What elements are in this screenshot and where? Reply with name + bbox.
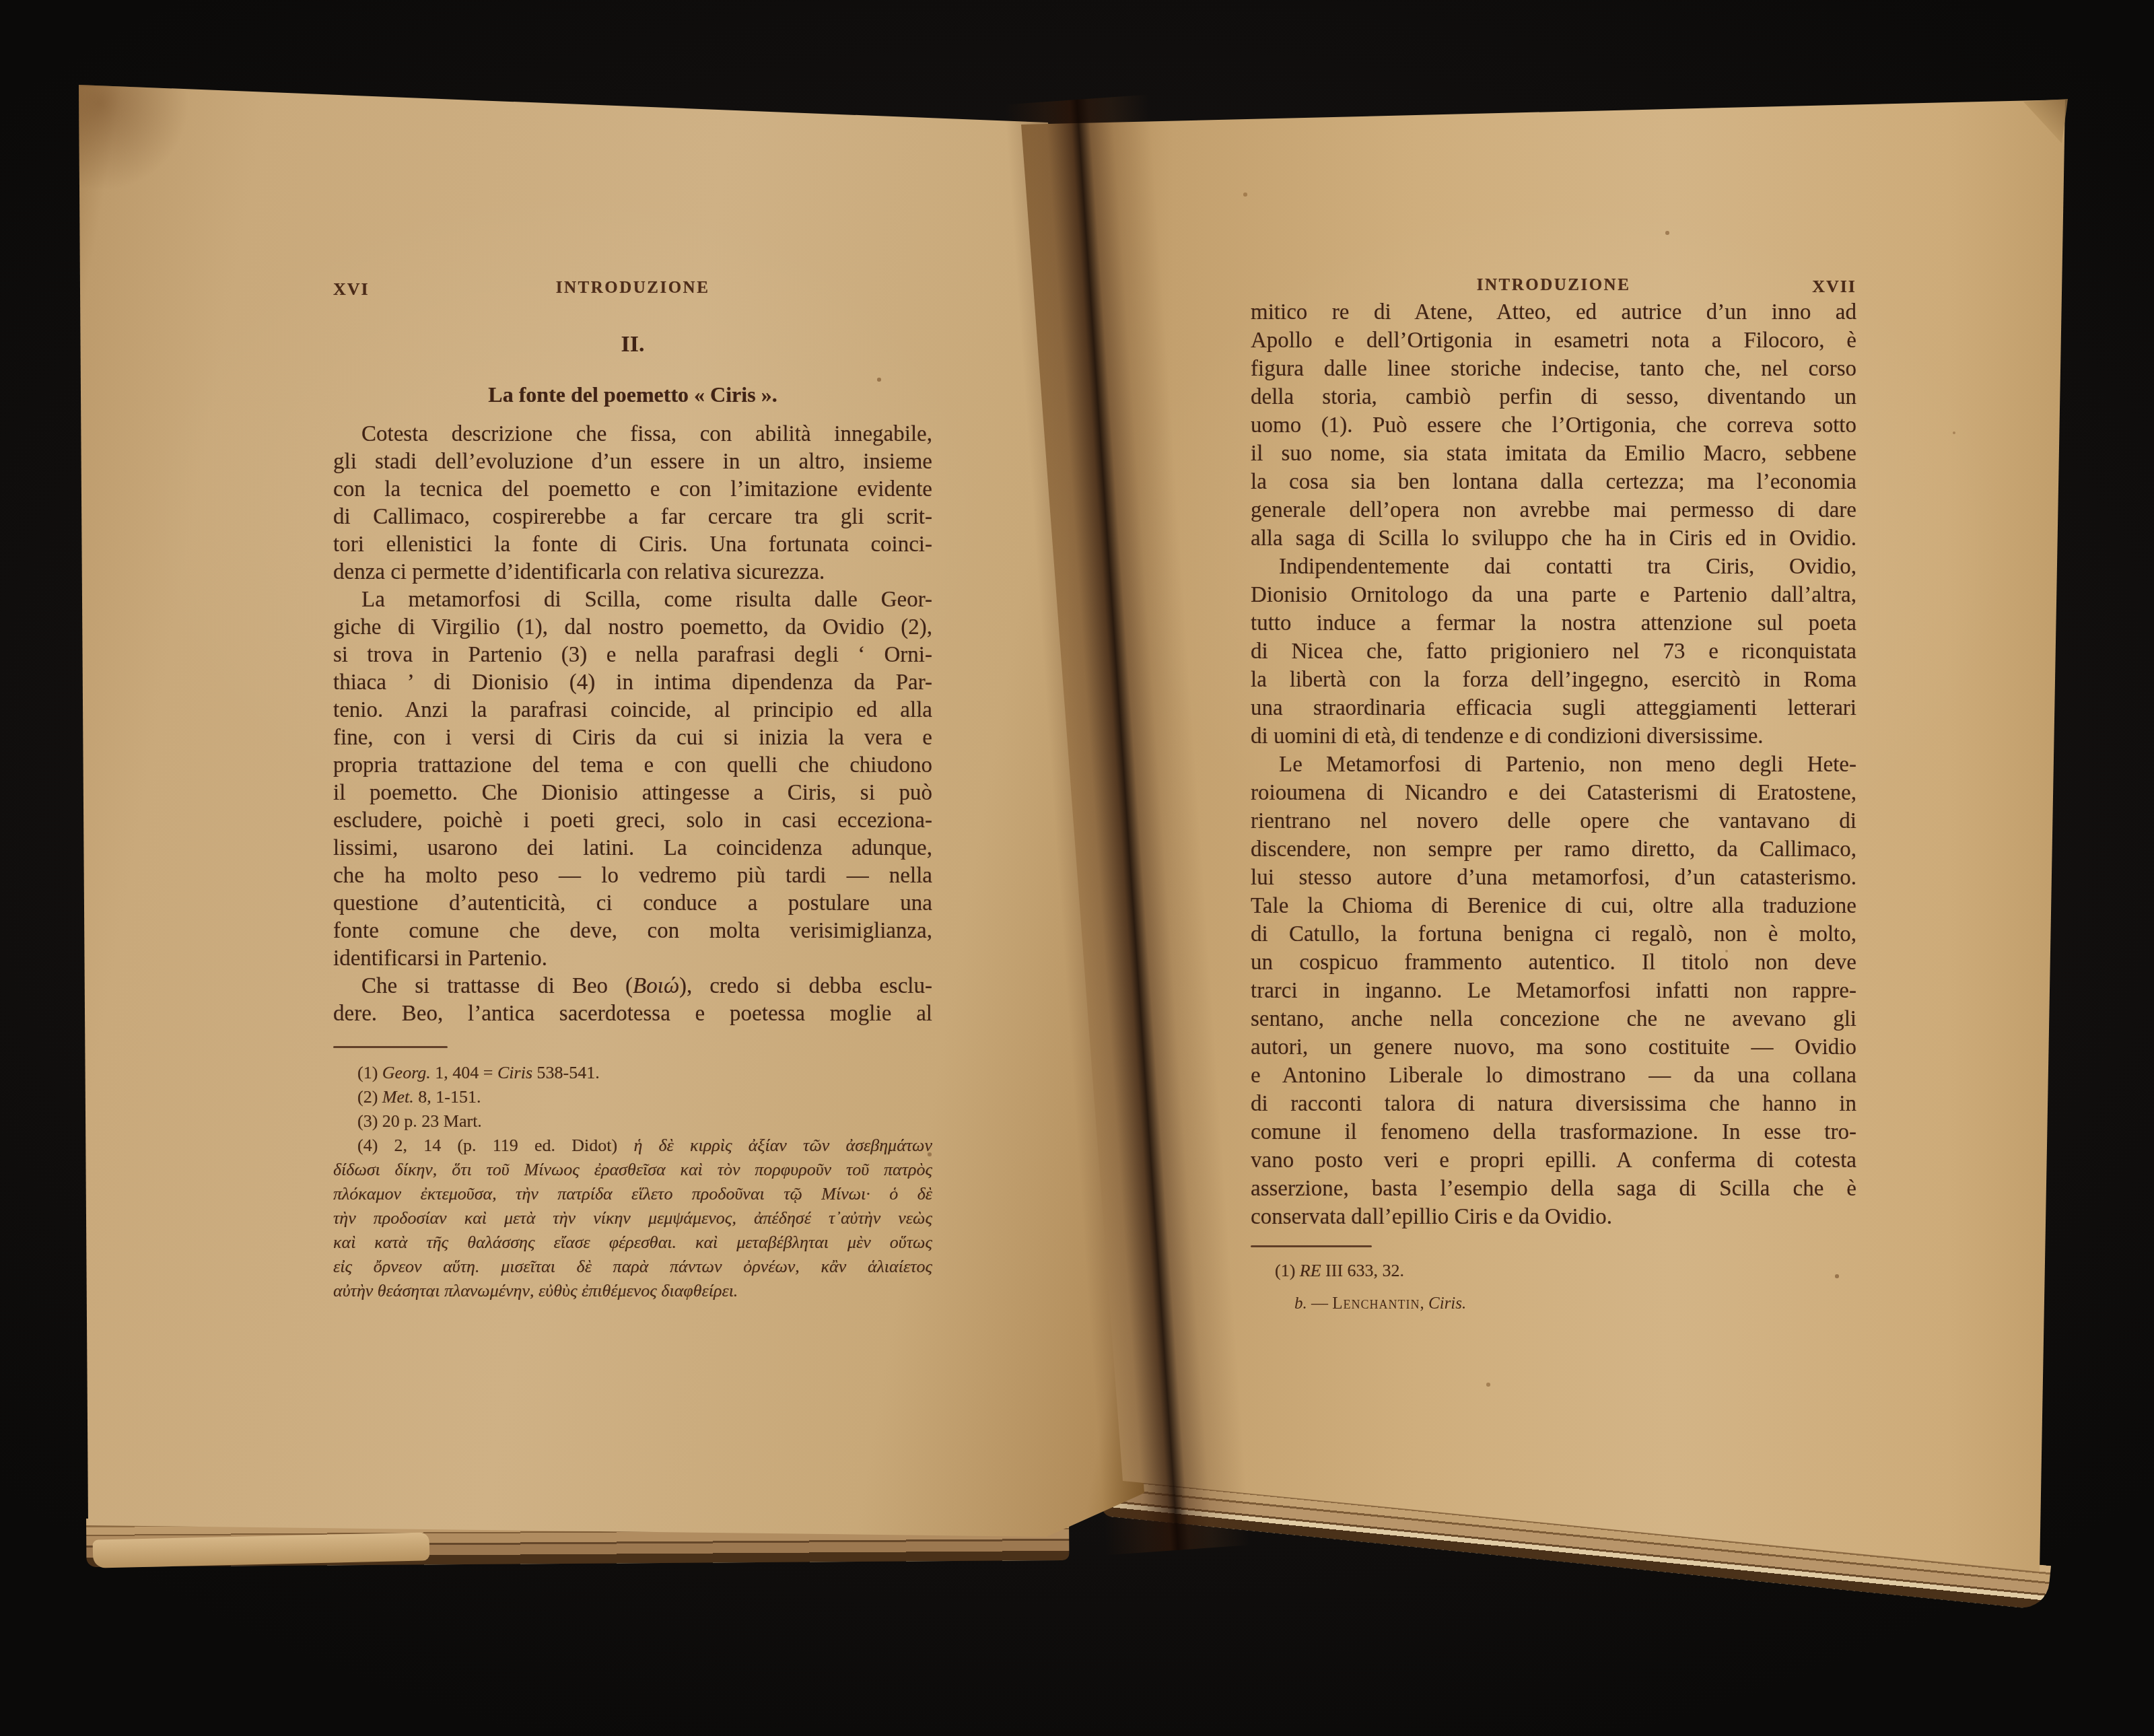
text-line: b. — Lenchantin, Ciris. (1294, 1292, 1833, 1315)
text-line: si trova in Partenio (3) e nella parafra… (333, 641, 932, 669)
text-line: tutto induce a fermar la nostra attenzio… (1251, 609, 1856, 637)
text-line: autori, un genere nuovo, ma sono costitu… (1251, 1033, 1856, 1062)
text-line: alla saga di Scilla lo sviluppo che ha i… (1251, 524, 1856, 553)
footnote-rule-right (1251, 1245, 1372, 1247)
text-line: Dionisio Ornitologo da una parte e Parte… (1251, 581, 1856, 609)
text-line: La metamorfosi di Scilla, come risulta d… (333, 586, 932, 614)
text-line: questione d’autenticità, ci conduce a po… (333, 890, 932, 917)
text-line: conservata dall’epillio Ciris e da Ovidi… (1251, 1203, 1856, 1231)
text-line: identificarsi in Partenio. (333, 945, 932, 973)
text-line: comune il fenomeno della trasformazione.… (1251, 1118, 1856, 1146)
text-line: (4) 2, 14 (p. 119 ed. Didot) ἡ δὲ κιρρὶς… (333, 1134, 932, 1158)
styled-text-segment: αὐτὴν θεάσηται πλανωμένην, εὐθὺς ἐπιθέμε… (333, 1281, 738, 1300)
styled-text-segment: δίδωσι δίκην, ὅτι τοῦ Μίνωος ἐρασθεῖσα κ… (333, 1160, 932, 1179)
text-line: di Callimaco, cospirerebbe a far cercare… (333, 504, 932, 531)
body-text-left: Cotesta descrizione che fissa, con abili… (333, 421, 932, 1028)
text-line: lissimi, usarono dei latini. La coincide… (333, 835, 932, 862)
page-number-right: XVII (1812, 277, 1856, 297)
text-line: fonte comune che deve, con molta verisim… (333, 917, 932, 945)
styled-text-segment: καὶ κατὰ τῆς θαλάσσης εἴασε φέρεσθαι. κα… (333, 1232, 932, 1252)
footnote-rule-left (333, 1046, 448, 1048)
text-line: il suo nome, sia stata imitata da Emilio… (1251, 440, 1856, 468)
text-line: τὴν προδοσίαν καὶ μετὰ τὴν νίκην μεμψάμε… (333, 1206, 932, 1230)
text-line: αὐτὴν θεάσηται πλανωμένην, εὐθὺς ἐπιθέμε… (333, 1279, 932, 1303)
text-line: uomo (1). Può essere che l’Ortigonia, ch… (1251, 411, 1856, 440)
text-line: εἰς ὄρνεον αὕτη. μισεῖται δὲ παρὰ πάντων… (333, 1255, 932, 1279)
text-line: e Antonino Liberale lo dimostrano — da u… (1251, 1062, 1856, 1090)
footnotes-left: (1) Georg. 1, 404 = Ciris 538-541.(2) Me… (333, 1061, 932, 1303)
text-line: Le Metamorfosi di Partenio, non meno deg… (1251, 751, 1856, 779)
text-line: fine, con i versi di Ciris da cui si ini… (333, 724, 932, 752)
photo-background: XVI INTRODUZIONE II. La fonte del poemet… (0, 0, 2154, 1736)
text-line: (1) Georg. 1, 404 = Ciris 538-541. (333, 1061, 932, 1085)
styled-text-segment: RE (1300, 1261, 1321, 1280)
text-line: denza ci permette d’identificarla con re… (333, 559, 932, 586)
text-line: Che si trattasse di Beo (Βοιώ), credo si… (333, 973, 932, 1000)
series-signature-line: b. — Lenchantin, Ciris. (1294, 1292, 1833, 1315)
text-line: Cotesta descrizione che fissa, con abili… (333, 421, 932, 448)
text-line: la cosa sia ben lontana dalla certezza; … (1251, 468, 1856, 496)
footnotes-right: (1) RE III 633, 32. (1251, 1259, 1856, 1283)
paper-foxing-specks (0, 0, 1, 1)
text-line: vano posto veri e propri epilli. A confe… (1251, 1146, 1856, 1175)
text-line: generale dell’opera non avrebbe mai perm… (1251, 496, 1856, 524)
styled-text-segment: εἰς ὄρνεον αὕτη. μισεῖται δὲ παρὰ πάντων… (333, 1257, 932, 1276)
text-line: tenio. Anzi la parafrasi coincide, al pr… (333, 697, 932, 724)
text-line: Indipendentemente dai contatti tra Ciris… (1251, 553, 1856, 581)
section-number: II. (333, 332, 932, 357)
text-line: la libertà con la forza dell’ingegno, es… (1251, 666, 1856, 694)
text-line: tori ellenistici la fonte di Ciris. Una … (333, 531, 932, 559)
text-line: δίδωσι δίκην, ὅτι τοῦ Μίνωος ἐρασθεῖσα κ… (333, 1158, 932, 1182)
text-line: figura dalle linee storiche indecise, ta… (1251, 355, 1856, 383)
text-line: rientrano nel novero delle opere che van… (1251, 807, 1856, 835)
text-line: giche di Virgilio (1), dal nostro poemet… (333, 614, 932, 641)
text-line: gli stadi dell’evoluzione d’un essere in… (333, 448, 932, 476)
page-right: INTRODUZIONE XVII mitico re di Atene, At… (1013, 93, 2077, 1614)
text-line: Tale la Chioma di Berenice di cui, oltre… (1251, 892, 1856, 920)
text-line: una straordinaria efficacia sugli attegg… (1251, 694, 1856, 722)
text-line: trarci in inganno. Le Metamorfosi infatt… (1251, 977, 1856, 1005)
styled-text-segment: Lenchantin (1332, 1294, 1420, 1313)
text-line: roioumena di Nicandro e dei Catasterismi… (1251, 779, 1856, 807)
styled-text-segment: τὴν προδοσίαν καὶ μετὰ τὴν νίκην μεμψάμε… (333, 1208, 932, 1228)
text-line: (1) RE III 633, 32. (1251, 1259, 1856, 1283)
running-header-left: XVI INTRODUZIONE (333, 279, 932, 306)
text-line: con la tecnica del poemetto e con l’imit… (333, 476, 932, 504)
section-title: La fonte del poemetto « Ciris ». (333, 382, 932, 407)
page-left: XVI INTRODUZIONE II. La fonte del poemet… (71, 79, 1148, 1540)
text-line: mitico re di Atene, Atteo, ed autrice d’… (1251, 298, 1856, 326)
text-line: Apollo e dell’Ortigonia in esametri nota… (1251, 326, 1856, 355)
text-line: sentano, anche nella concezione che ne a… (1251, 1005, 1856, 1033)
text-line: propria trattazione del tema e con quell… (333, 752, 932, 779)
text-line: asserzione, basta l’esempio della saga d… (1251, 1175, 1856, 1203)
body-text-right: mitico re di Atene, Atteo, ed autrice d’… (1251, 298, 1856, 1231)
text-line: lui stesso autore d’una metamorfosi, d’u… (1251, 864, 1856, 892)
styled-text-segment: b. (1294, 1294, 1307, 1313)
text-line: escludere, poichè i poeti greci, solo in… (333, 807, 932, 835)
text-line: di uomini di età, di tendenze e di condi… (1251, 722, 1856, 751)
text-line: di racconti talora di natura diversissim… (1251, 1090, 1856, 1118)
text-line: di Nicea che, fatto prigioniero nel 73 e… (1251, 637, 1856, 666)
styled-text-segment: πλόκαμον ἐκτεμοῦσα, τὴν πατρίδα εἵλετο π… (333, 1184, 932, 1204)
text-line: πλόκαμον ἐκτεμοῦσα, τὴν πατρίδα εἵλετο π… (333, 1182, 932, 1206)
running-header-title-right: INTRODUZIONE (1251, 276, 1856, 295)
text-line: (3) 20 p. 23 Mart. (333, 1109, 932, 1134)
running-header-title-left: INTRODUZIONE (333, 279, 932, 298)
text-line: un cospicuo frammento autentico. Il tito… (1251, 948, 1856, 977)
styled-text-segment: Βοιώ (633, 974, 679, 998)
text-line: della storia, cambiò perfin di sesso, di… (1251, 383, 1856, 411)
styled-text-segment: ἡ δὲ κιρρὶς ἀξίαν τῶν ἀσεβημάτων (633, 1136, 932, 1155)
styled-text-segment: Ciris (497, 1063, 532, 1082)
styled-text-segment: Ciris. (1428, 1294, 1466, 1313)
text-line: di Catullo, la fortuna benigna ci regalò… (1251, 920, 1856, 948)
styled-text-segment: Georg. (382, 1063, 431, 1082)
text-line: che ha molto peso — lo vedremo più tardi… (333, 862, 932, 890)
text-line: (2) Met. 8, 1-151. (333, 1085, 932, 1109)
text-line: thiaca ’ di Dionisio (4) in intima dipen… (333, 669, 932, 697)
text-line: discendere, non sempre per ramo diretto,… (1251, 835, 1856, 864)
text-line: dere. Beo, l’antica sacerdotessa e poete… (333, 1000, 932, 1028)
text-line: καὶ κατὰ τῆς θαλάσσης εἴασε φέρεσθαι. κα… (333, 1230, 932, 1255)
styled-text-segment: Met. (382, 1087, 414, 1107)
text-line: il poemetto. Che Dionisio attingesse a C… (333, 779, 932, 807)
